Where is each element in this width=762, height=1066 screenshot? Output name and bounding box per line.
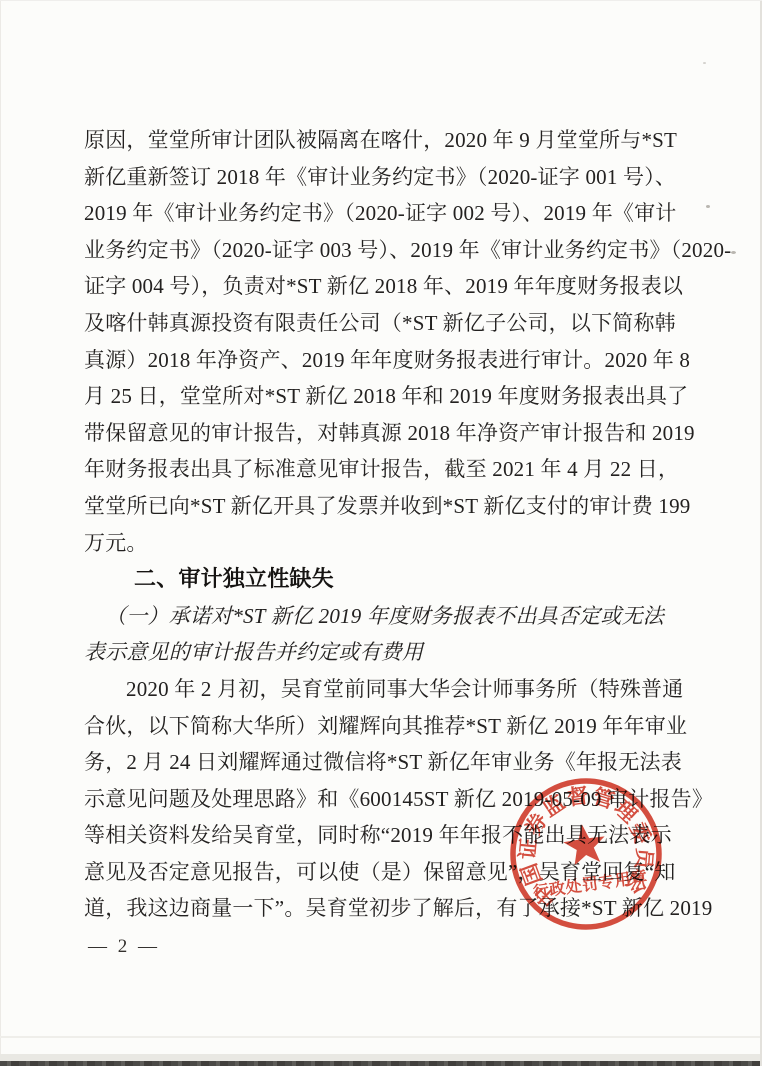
text-block: 原因，堂堂所审计团队被隔离在喀什，2020 年 9 月堂堂所与*ST新亿重新签订… [84,122,664,927]
text-line: 月 25 日，堂堂所对*ST 新亿 2018 年和 2019 年度财务报表出具了 [84,378,664,415]
text-line: （一）承诺对*ST 新亿 2019 年度财务报表不出具否定或无法 [84,598,664,635]
text-line: 等相关资料发给吴育堂，同时称“2019 年年报不能出具无法表示 [84,817,664,854]
text-line: 带保留意见的审计报告，对韩真源 2018 年净资产审计报告和 2019 [84,415,664,452]
scan-artifact-line [0,1036,762,1038]
section-heading: 二、审计独立性缺失 [84,561,664,598]
text-line: 堂堂所已向*ST 新亿开具了发票并收到*ST 新亿支付的审计费 199 [84,488,664,525]
scan-speck [731,251,736,254]
scan-edge-light [0,1054,762,1061]
page-number: — 2 — [88,936,160,958]
text-line: 2020 年 2 月初，吴育堂前同事大华会计师事务所（特殊普通 [84,671,664,708]
text-line: 示意见问题及处理思路》和《600145ST 新亿 2019-05-09 审计报告… [84,781,664,818]
scan-edge-dark [0,1061,762,1066]
text-line: 原因，堂堂所审计团队被隔离在喀什，2020 年 9 月堂堂所与*ST [84,122,664,159]
text-line: 年财务报表出具了标准意见审计报告，截至 2021 年 4 月 22 日， [84,451,664,488]
text-line: 真源）2018 年净资产、2019 年年度财务报表进行审计。2020 年 8 [84,342,664,379]
text-line: 务，2 月 24 日刘耀辉通过微信将*ST 新亿年审业务《年报无法表 [84,744,664,781]
text-line: 及喀什韩真源投资有限责任公司（*ST 新亿子公司，以下简称韩 [84,305,664,342]
text-line: 证字 004 号），负责对*ST 新亿 2018 年、2019 年年度财务报表以 [84,268,664,305]
scanned-document-page: 原因，堂堂所审计团队被隔离在喀什，2020 年 9 月堂堂所与*ST新亿重新签订… [0,0,762,1066]
scan-speck [703,62,706,64]
text-line: 新亿重新签订 2018 年《审计业务约定书》（2020-证字 001 号）、 [84,159,664,196]
scan-edge-top [0,0,762,1]
text-line: 合伙，以下简称大华所）刘耀辉向其推荐*ST 新亿 2019 年年审业 [84,708,664,745]
text-line: 道，我这边商量一下”。吴育堂初步了解后，有了承接*ST 新亿 2019 [84,890,664,927]
text-line: 2019 年《审计业务约定书》（2020-证字 002 号）、2019 年《审计 [84,195,664,232]
text-line: 业务约定书》（2020-证字 003 号）、2019 年《审计业务约定书》（20… [84,232,664,269]
text-line: 意见及否定意见报告，可以使（是）保留意见”，吴育堂回复“知 [84,854,664,891]
text-line: 表示意见的审计报告并约定或有费用 [84,634,664,671]
scan-speck [706,205,710,208]
text-line: 万元。 [84,525,664,562]
